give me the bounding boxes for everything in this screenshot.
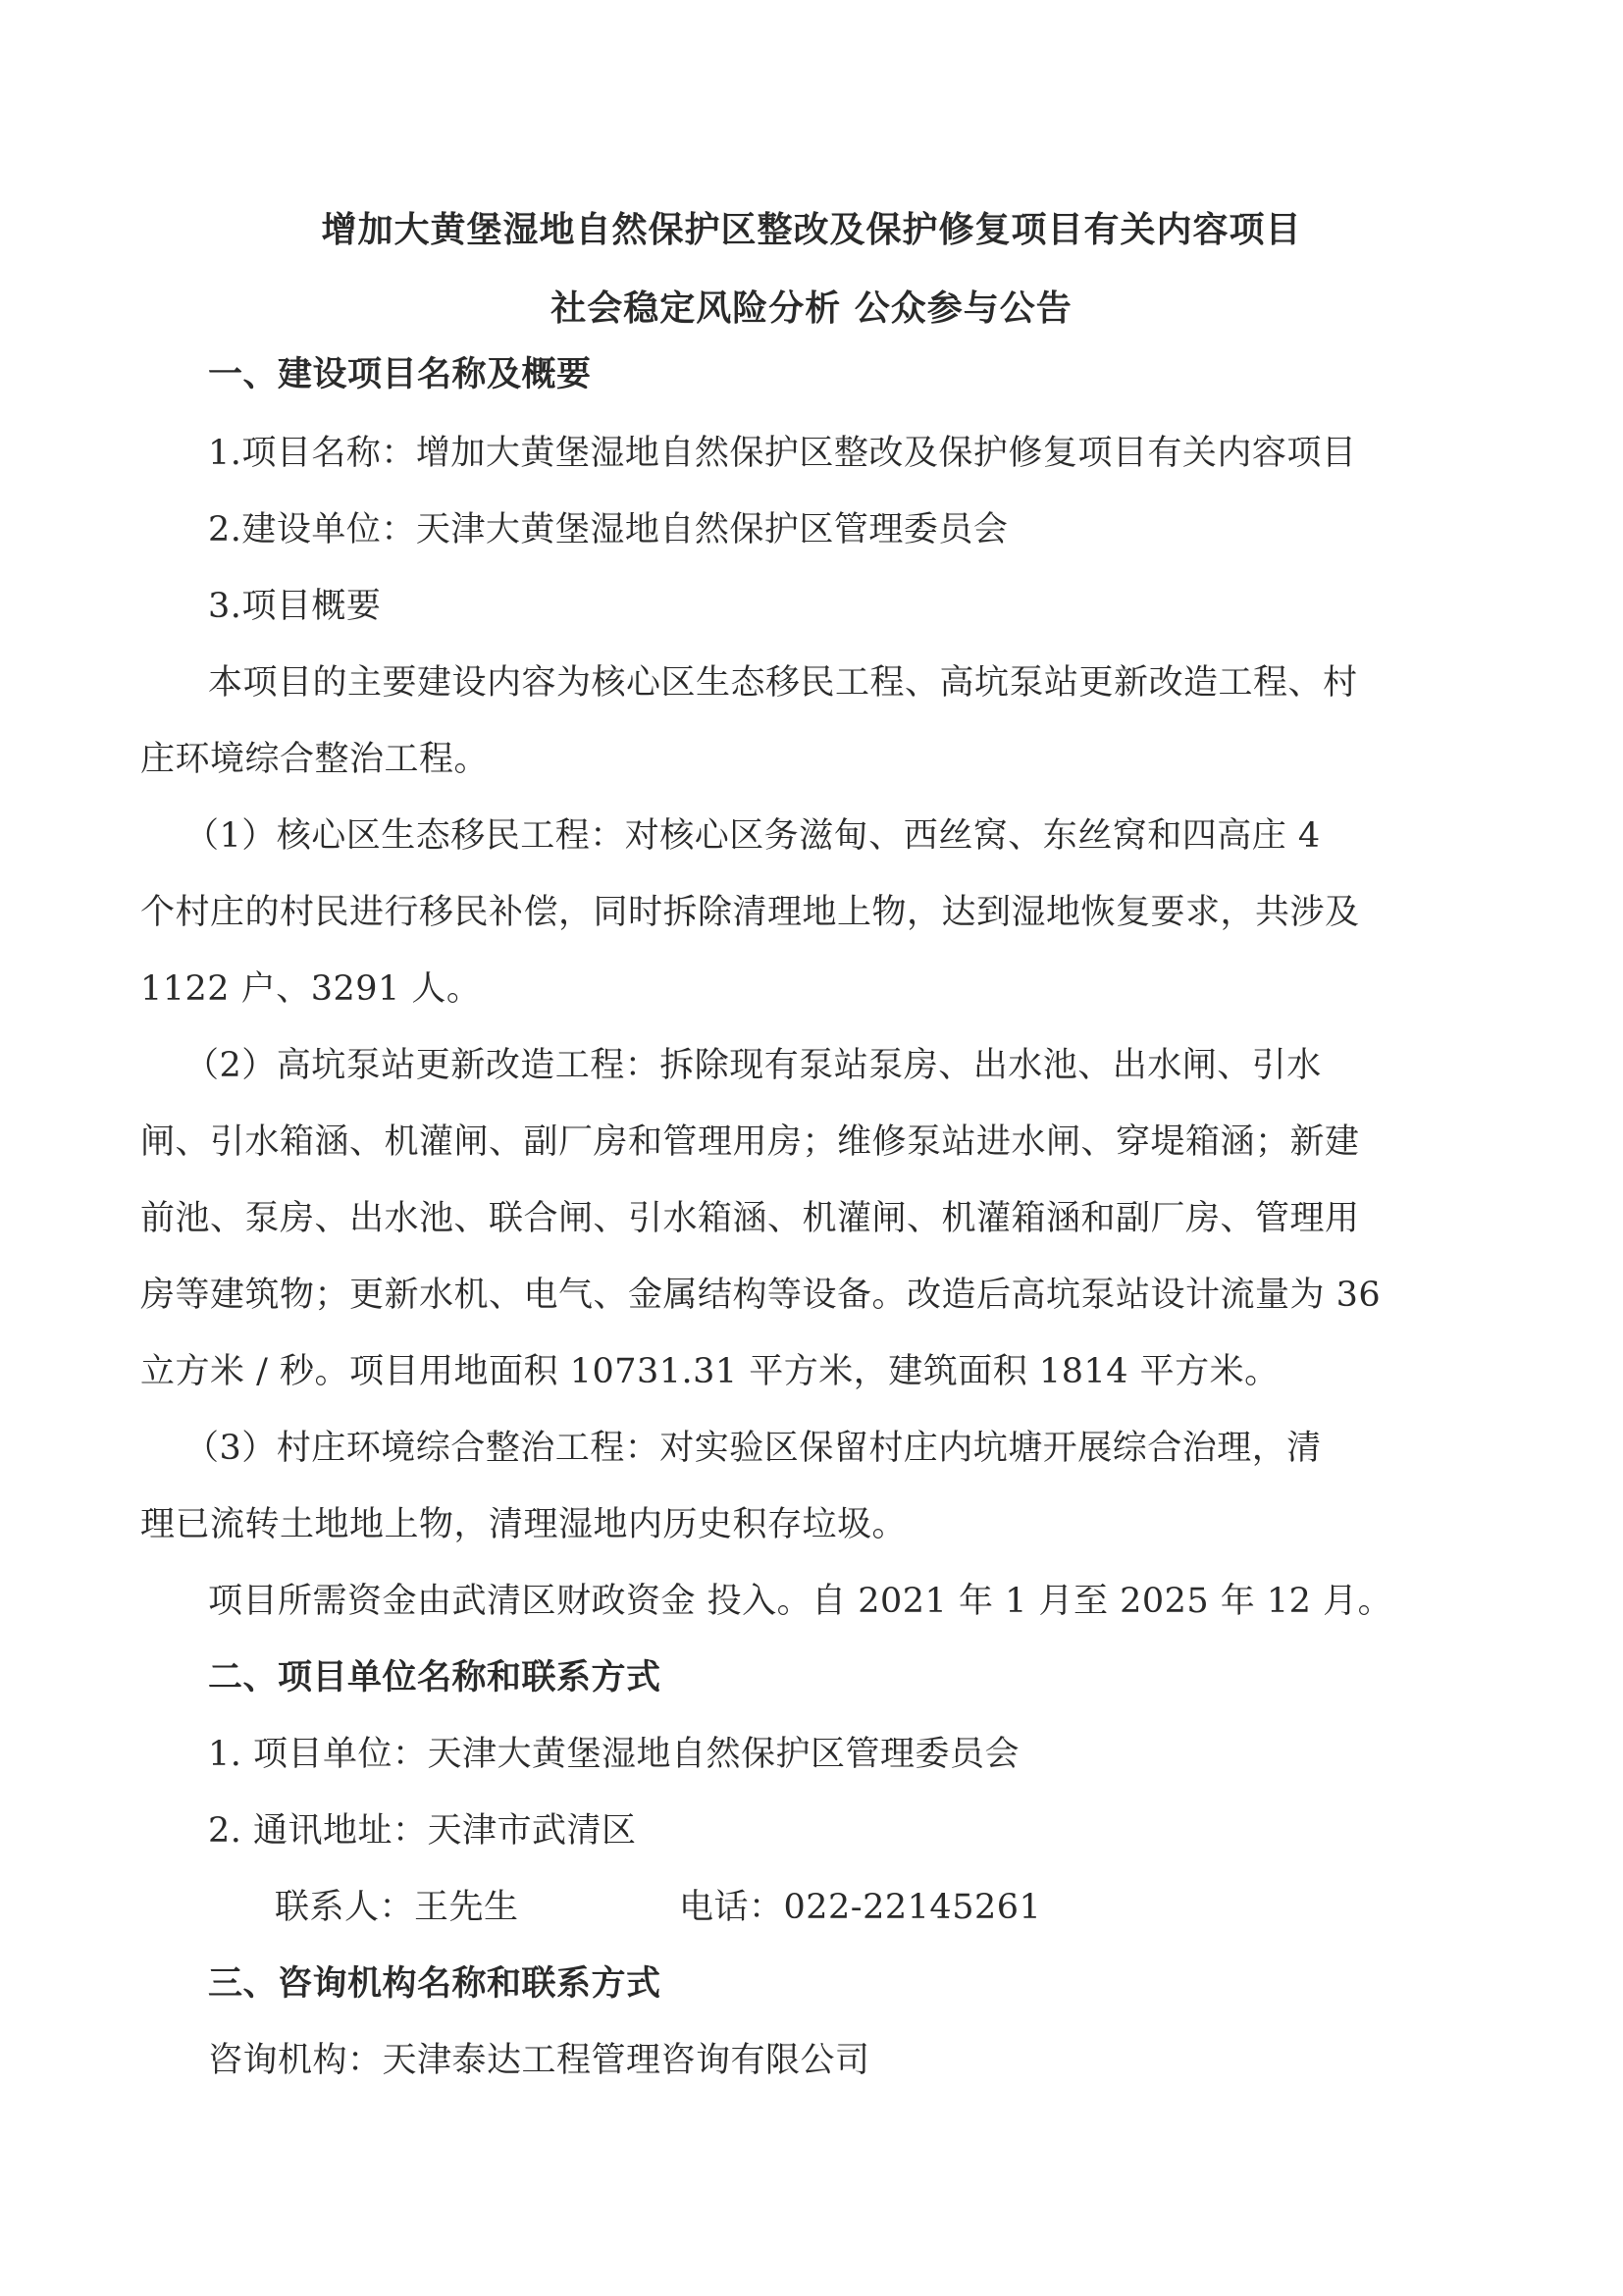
contact-person: 联系人：王先生 (275, 1886, 519, 1929)
subitem-2-line-2: 闸、引水箱涵、机灌闸、副厂房和管理用房；维修泵站进水闸、穿堤箱涵；新建 (140, 1121, 1360, 1164)
builder-line: 2.建设单位：天津大黄堡湿地自然保护区管理委员会 (208, 508, 1008, 551)
subitem-3-line-1: （3）村庄环境综合整治工程：对实验区保留村庄内坑塘开展综合治理，清 (184, 1427, 1322, 1470)
project-name-line: 1.项目名称：增加大黄堡湿地自然保护区整改及保护修复项目有关内容项目 (208, 432, 1356, 475)
section-3-heading: 三、咨询机构名称和联系方式 (208, 1962, 661, 2006)
section-2-heading: 二、项目单位名称和联系方式 (208, 1656, 661, 1699)
overview-heading: 3.项目概要 (208, 585, 381, 628)
subitem-3-line-2: 理已流转土地地上物，清理湿地内历史积存垃圾。 (140, 1503, 907, 1546)
subitem-1-line-3: 1122 户、3291 人。 (140, 967, 481, 1011)
consultant-line: 咨询机构：天津泰达工程管理咨询有限公司 (208, 2039, 870, 2082)
funding-line: 项目所需资金由武清区财政资金 投入。自 2021 年 1 月至 2025 年 1… (208, 1580, 1392, 1623)
contact-phone: 电话：022-22145261 (679, 1886, 1041, 1929)
subitem-2-line-5: 立方米 / 秒。项目用地面积 10731.31 平方米，建筑面积 1814 平方… (140, 1350, 1280, 1393)
subitem-2-line-3: 前池、泵房、出水池、联合闸、引水箱涵、机灌闸、机灌箱涵和副厂房、管理用 (140, 1197, 1360, 1240)
overview-paragraph-line-2: 庄环境综合整治工程。 (140, 738, 489, 781)
project-unit-line: 1. 项目单位：天津大黄堡湿地自然保护区管理委员会 (208, 1733, 1020, 1776)
address-line: 2. 通讯地址：天津市武清区 (208, 1809, 637, 1852)
overview-paragraph-line-1: 本项目的主要建设内容为核心区生态移民工程、高坑泵站更新改造工程、村 (208, 661, 1480, 704)
document-title-line-1: 增加大黄堡湿地自然保护区整改及保护修复项目有关内容项目 (0, 202, 1623, 252)
subitem-2-line-1: （2）高坑泵站更新改造工程：拆除现有泵站泵房、出水池、出水闸、引水 (184, 1044, 1322, 1087)
subitem-2-line-4: 房等建筑物；更新水机、电气、金属结构等设备。改造后高坑泵站设计流量为 36 (140, 1274, 1381, 1317)
subitem-1-line-1: （1）核心区生态移民工程：对核心区务滋甸、西丝窝、东丝窝和四高庄 4 (184, 814, 1321, 858)
section-1-heading: 一、建设项目名称及概要 (208, 353, 592, 396)
document-title-line-2: 社会稳定风险分析 公众参与公告 (0, 281, 1623, 331)
subitem-1-line-2: 个村庄的村民进行移民补偿，同时拆除清理地上物，达到湿地恢复要求，共涉及 (140, 891, 1360, 934)
document-page: 增加大黄堡湿地自然保护区整改及保护修复项目有关内容项目 社会稳定风险分析 公众参… (0, 0, 1623, 2296)
